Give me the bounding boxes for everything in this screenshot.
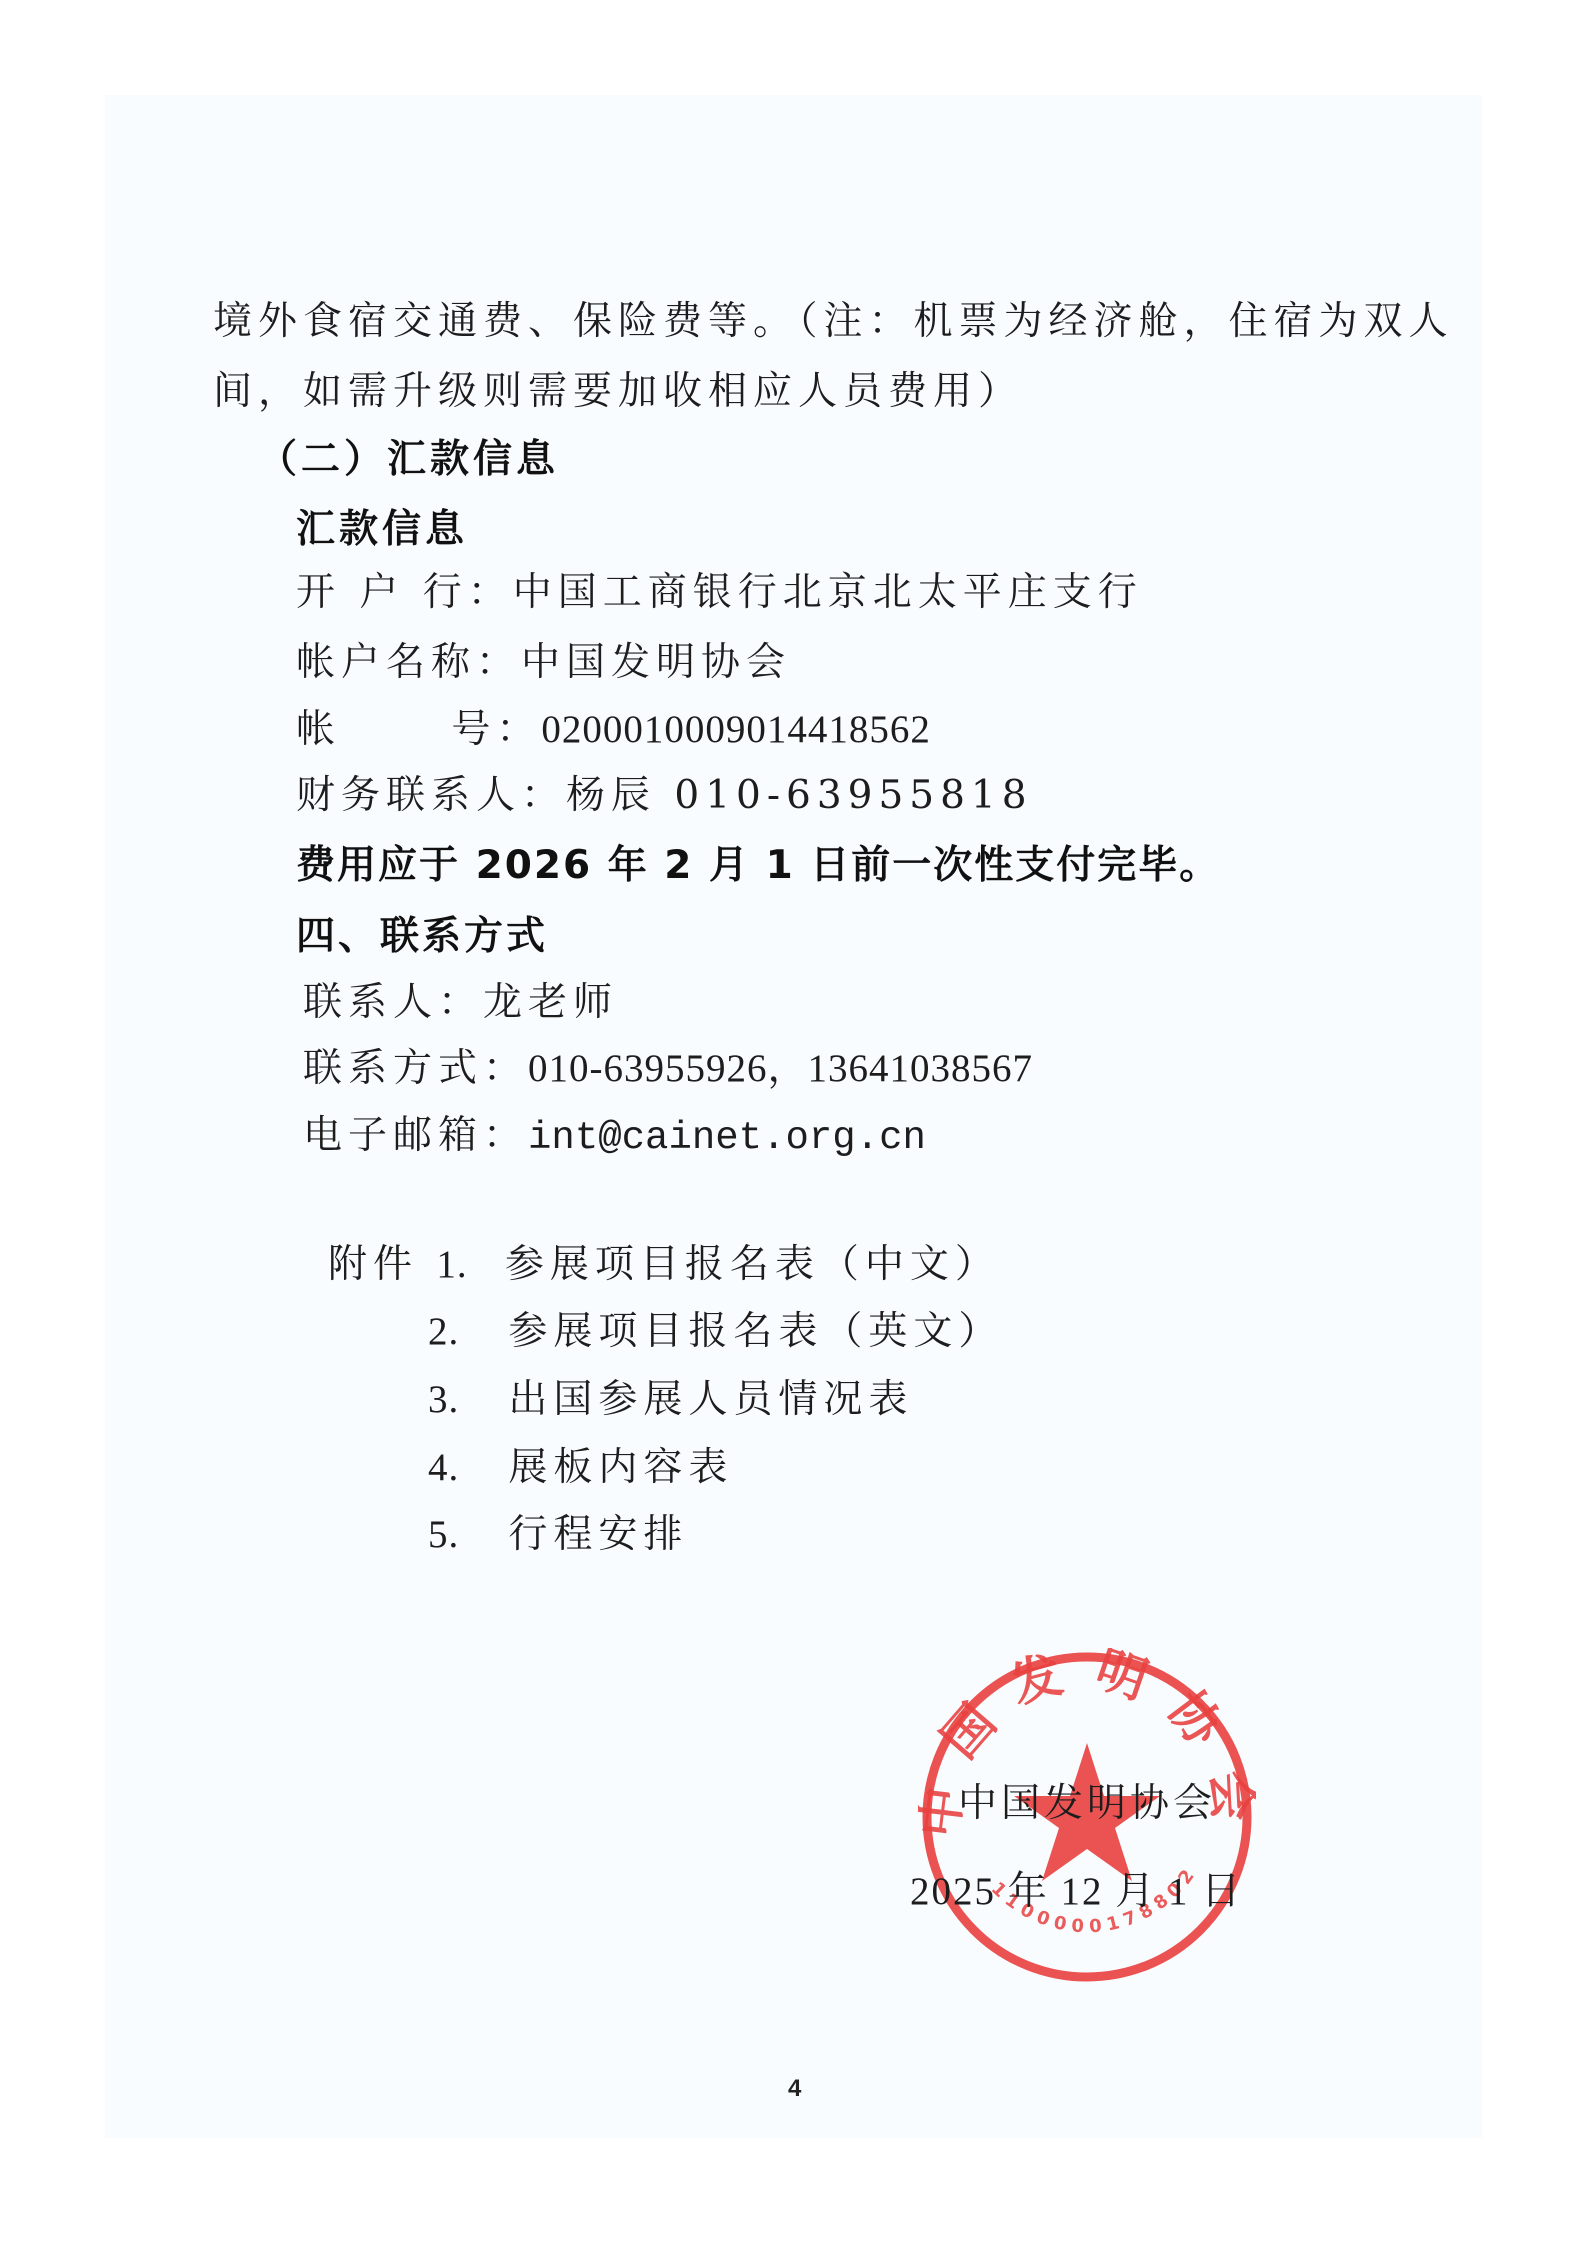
attachment-number: 3. [428, 1380, 490, 1419]
contact-phone-value: 010-63955926，13641038567 [528, 1047, 1033, 1090]
attachment-label[interactable]: 出国参展人员情况表 [508, 1377, 913, 1422]
account-number-row: 帐 号：0200010009014418562 [296, 710, 931, 749]
contact-email-row: 电子邮箱：int@cainet.org.cn [303, 1116, 926, 1158]
bank-row: 开 户 行：中国工商银行北京北太平庄支行 [296, 573, 1143, 612]
attachment-number: 5. [428, 1515, 490, 1554]
paragraph-line-1: 境外食宿交通费、保险费等。（注：机票为经济舱，住宿为双人 [213, 302, 1454, 341]
attachments-prefix: 附件 [328, 1242, 418, 1287]
attachment-item-1: 附件 1. 参展项目报名表（中文） [328, 1245, 1000, 1284]
account-name-value: 中国发明协会 [521, 640, 791, 685]
section-heading-remittance: （二）汇款信息 [258, 440, 559, 479]
contact-person-value: 龙老师 [483, 980, 618, 1025]
finance-contact-row: 财务联系人：杨辰 010-63955818 [296, 776, 1033, 815]
attachment-item-4: 4. 展板内容表 [428, 1448, 733, 1487]
attachment-number: 2. [428, 1312, 490, 1351]
attachment-label[interactable]: 行程安排 [508, 1512, 688, 1557]
attachment-item-3: 3. 出国参展人员情况表 [428, 1380, 913, 1419]
attachment-number: 1. [436, 1245, 486, 1284]
contact-email-link[interactable]: int@cainet.org.cn [528, 1116, 926, 1160]
finance-contact-value: 杨辰 010-63955818 [566, 773, 1033, 818]
contact-email-label: 电子邮箱： [303, 1113, 528, 1158]
signature-date: 2025 年 12 月 1 日 [910, 1860, 1242, 1916]
page-number: 4 [788, 2075, 801, 2103]
sub-heading-remittance: 汇款信息 [296, 510, 468, 549]
account-name-label: 帐户名称： [296, 640, 521, 685]
contact-phone-row: 联系方式：010-63955926，13641038567 [303, 1049, 1033, 1088]
account-number-value: 0200010009014418562 [541, 708, 931, 751]
contact-person-label: 联系人： [303, 980, 483, 1025]
bank-label: 开 户 行： [296, 570, 513, 615]
account-name-row: 帐户名称：中国发明协会 [296, 643, 791, 682]
attachment-label[interactable]: 展板内容表 [508, 1445, 733, 1490]
attachment-item-5: 5. 行程安排 [428, 1515, 688, 1554]
paragraph-line-2: 间，如需升级则需要加收相应人员费用） [213, 372, 1023, 411]
contact-person-row: 联系人：龙老师 [303, 983, 618, 1022]
section-heading-contact: 四、联系方式 [296, 917, 548, 956]
attachment-number: 4. [428, 1448, 490, 1487]
signature-organization: 中国发明协会 [958, 1772, 1216, 1828]
finance-contact-label: 财务联系人： [296, 773, 566, 818]
attachment-item-2: 2. 参展项目报名表（英文） [428, 1312, 1003, 1351]
bank-value: 中国工商银行北京北太平庄支行 [513, 570, 1143, 615]
contact-phone-label: 联系方式： [303, 1046, 528, 1091]
account-number-label: 帐 号： [296, 707, 541, 752]
attachment-label[interactable]: 参展项目报名表（英文） [508, 1309, 1003, 1354]
attachment-label[interactable]: 参展项目报名表（中文） [505, 1242, 1000, 1287]
payment-deadline: 费用应于 2026 年 2 月 1 日前一次性支付完毕。 [296, 846, 1220, 885]
